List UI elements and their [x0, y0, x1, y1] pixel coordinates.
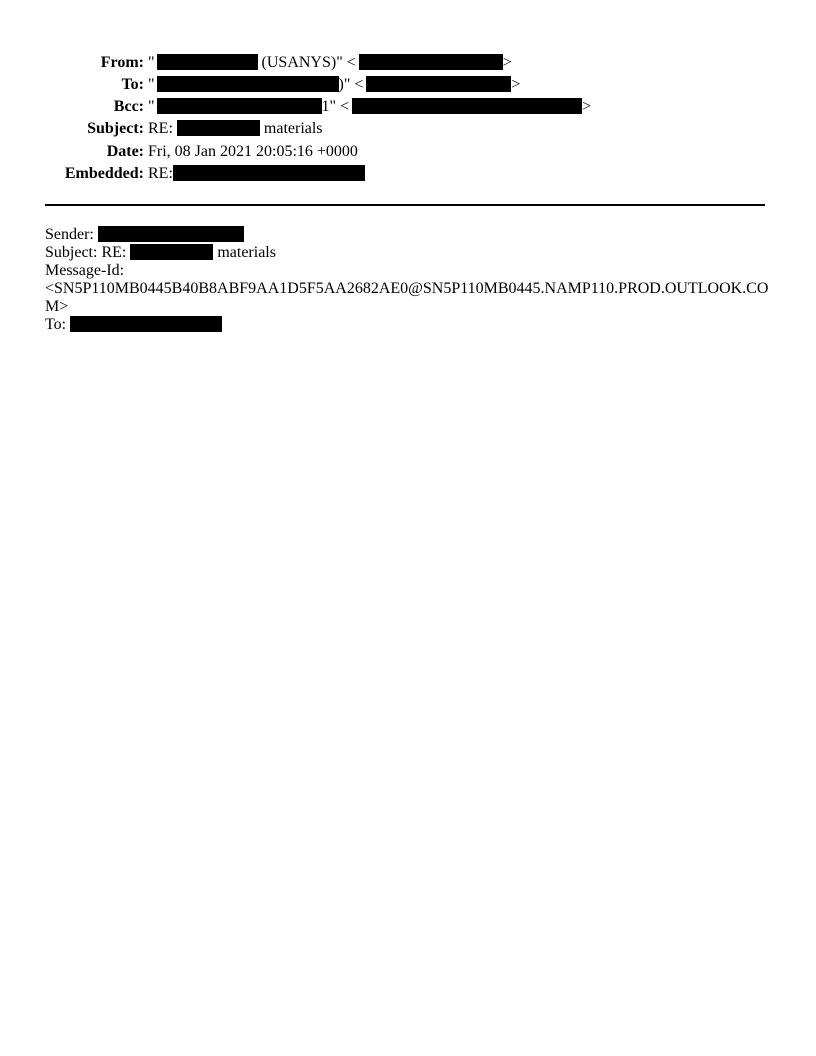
bcc-row: Bcc: "1" <> [0, 96, 816, 118]
redacted-sender-name [157, 54, 258, 70]
embedded-label: Embedded: [65, 163, 144, 185]
header-divider [45, 204, 765, 206]
from-value: " (USANYS)" <> [148, 52, 512, 74]
from-label: From: [101, 52, 144, 74]
redacted-embedded [173, 165, 365, 181]
to-label: To: [121, 74, 144, 96]
message-metadata: Sender: Subject: RE: materials Message-I… [45, 226, 775, 334]
sender-line: Sender: [45, 226, 775, 244]
redacted-bcc-name [157, 98, 322, 114]
subject-line: Subject: RE: materials [45, 244, 775, 262]
from-row: From: " (USANYS)" <> [0, 52, 816, 74]
subject-value: RE: materials [148, 118, 323, 140]
redacted-subject [177, 120, 260, 136]
date-label: Date: [107, 141, 144, 163]
redacted-subject-body [130, 244, 213, 260]
from-name-suffix: (USANYS)" < [258, 54, 356, 71]
redacted-to [70, 316, 222, 332]
message-id-label: Message-Id: [45, 262, 775, 280]
redacted-sender-email [359, 54, 503, 70]
to-line: To: [45, 316, 775, 334]
bcc-value: "1" <> [148, 96, 591, 118]
embedded-value: RE: [148, 163, 365, 185]
subject-row: Subject: RE: materials [0, 118, 816, 140]
message-id-line-2: M> [45, 298, 775, 316]
to-value: ")" <> [148, 74, 520, 96]
redacted-bcc-email [352, 98, 582, 114]
date-row: Date: Fri, 08 Jan 2021 20:05:16 +0000 [0, 141, 816, 163]
to-row: To: ")" <> [0, 74, 816, 96]
bcc-label: Bcc: [114, 96, 144, 118]
embedded-row: Embedded: RE: [0, 163, 816, 185]
redacted-sender [98, 226, 244, 242]
redacted-recipient-name [157, 76, 339, 92]
message-id-line-1: <SN5P110MB0445B40B8ABF9AA1D5F5AA2682AE0@… [45, 280, 775, 298]
redacted-recipient-email [366, 76, 511, 92]
date-value: Fri, 08 Jan 2021 20:05:16 +0000 [148, 141, 358, 163]
subject-label: Subject: [87, 118, 144, 140]
